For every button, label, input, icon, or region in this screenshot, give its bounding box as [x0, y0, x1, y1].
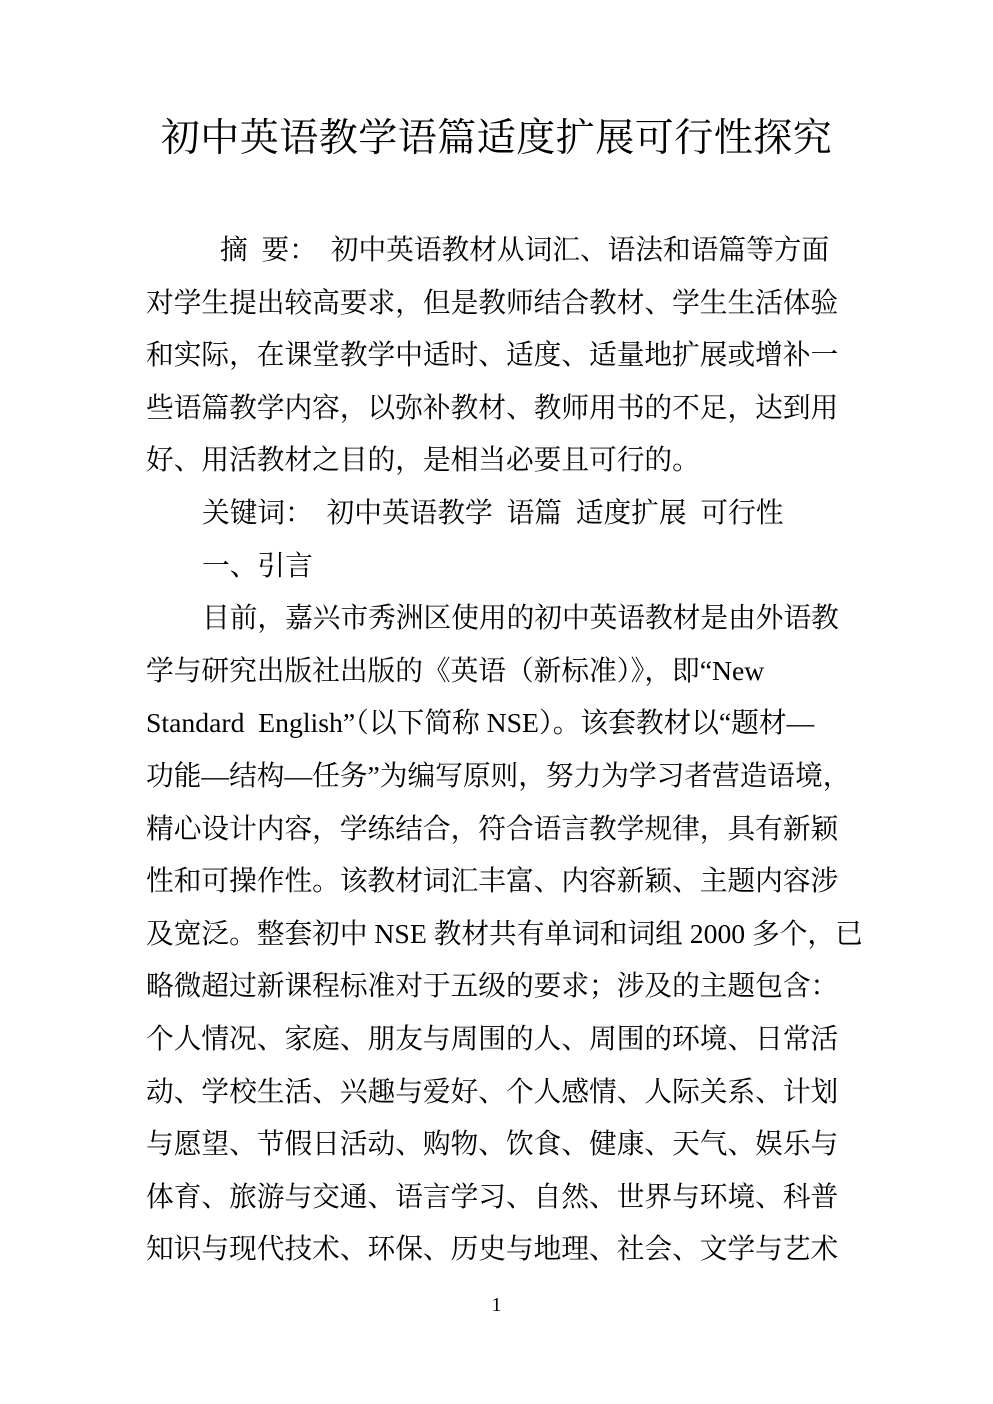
text-line-keywords: 关键词： 初中英语教学 语篇 适度扩展 可行性 [146, 487, 856, 540]
text-line: 目前，嘉兴市秀洲区使用的初中英语教材是由外语教 [146, 592, 856, 645]
page-number: 1 [0, 1290, 993, 1320]
text-line: Standard English”（以下简称 NSE）。该套教材以“题材— [146, 697, 856, 750]
text-line: 略微超过新课程标准对于五级的要求；涉及的主题包含： [146, 960, 856, 1013]
text-line: 功能—结构—任务”为编写原则，努力为学习者营造语境， [146, 750, 856, 803]
document-title: 初中英语教学语篇适度扩展可行性探究 [0, 112, 993, 166]
document-page: 初中英语教学语篇适度扩展可行性探究 摘 要： 初中英语教材从词汇、语法和语篇等方… [0, 0, 993, 1404]
text-line: 对学生提出较高要求，但是教师结合教材、学生生活体验 [146, 277, 856, 330]
text-line: 性和可操作性。该教材词汇丰富、内容新颖、主题内容涉 [146, 855, 856, 908]
text-line: 与愿望、节假日活动、购物、饮食、健康、天气、娱乐与 [146, 1118, 856, 1171]
text-line: 和实际，在课堂教学中适时、适度、适量地扩展或增补一 [146, 329, 856, 382]
text-line: 精心设计内容，学练结合，符合语言教学规律，具有新颖 [146, 803, 856, 856]
text-line: 学与研究出版社出版的《英语（新标准）》，即“New [146, 645, 856, 698]
text-line: 动、学校生活、兴趣与爱好、个人感情、人际关系、计划 [146, 1066, 856, 1119]
text-line-abstract: 摘 要： 初中英语教材从词汇、语法和语篇等方面 [146, 224, 856, 277]
text-line-heading: 一、引言 [146, 540, 856, 593]
text-line: 及宽泛。整套初中 NSE 教材共有单词和词组 2000 多个，已 [146, 908, 856, 961]
text-line: 知识与现代技术、环保、历史与地理、社会、文学与艺术 [146, 1223, 856, 1276]
text-line: 些语篇教学内容，以弥补教材、教师用书的不足，达到用 [146, 382, 856, 435]
text-line: 好、用活教材之目的，是相当必要且可行的。 [146, 434, 856, 487]
document-body: 摘 要： 初中英语教材从词汇、语法和语篇等方面 对学生提出较高要求，但是教师结合… [146, 224, 856, 1276]
text-line: 个人情况、家庭、朋友与周围的人、周围的环境、日常活 [146, 1013, 856, 1066]
text-line: 体育、旅游与交通、语言学习、自然、世界与环境、科普 [146, 1171, 856, 1224]
